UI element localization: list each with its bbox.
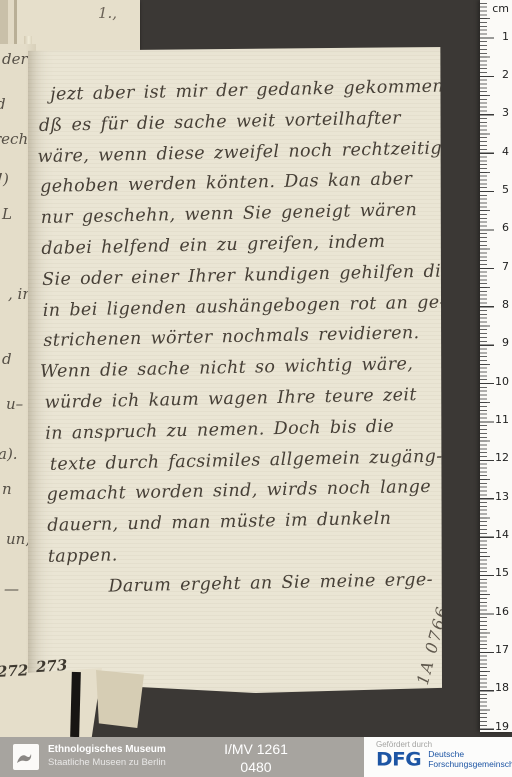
handwriting-line: Darum ergeht an Sie meine erge- [108, 569, 442, 607]
ruler-number: 15 [480, 541, 512, 579]
handwriting-fragment: n [2, 480, 12, 498]
scan-photo: 1., derdrechtn!)L, indu–a).nun,— jezt ab… [0, 0, 512, 777]
handwriting-fragment: u– [6, 395, 23, 413]
ruler-number: 19 [480, 694, 512, 732]
ruler-number: 10 [480, 349, 512, 387]
ruler-number: 7 [480, 234, 512, 272]
ruler-number: 9 [480, 311, 512, 349]
handwriting-fragment: a). [0, 445, 18, 463]
ruler-number: 14 [480, 503, 512, 541]
manuscript-page: jezt aber ist mir der gedanke gekommen,d… [28, 47, 442, 693]
handwriting-fragment: !) [0, 170, 9, 188]
ruler-scale: 12345678910111213141516171819 [480, 5, 512, 733]
ruler-number: 4 [480, 119, 512, 157]
scan-footer-bar: Ethnologisches Museum Staatliche Museen … [0, 737, 512, 777]
ruler-number: 16 [480, 579, 512, 617]
funder-panel: Gefördert durch DFG Deutsche Forschungsg… [364, 737, 512, 777]
folio-number-272: 272 [0, 661, 29, 681]
ruler-number: 8 [480, 273, 512, 311]
ruler-number: 5 [480, 158, 512, 196]
ruler-number: 12 [480, 426, 512, 464]
ruler-number: 17 [480, 618, 512, 656]
dfg-name-line1: Deutsche [428, 749, 512, 759]
letter-body: jezt aber ist mir der gedanke gekommen,d… [38, 77, 442, 609]
dfg-acronym: DFG [376, 750, 421, 768]
ruler-number: 18 [480, 656, 512, 694]
handwriting-fragment: d [0, 95, 6, 113]
dfg-logo: DFG Deutsche Forschungsgemeinschaft [376, 749, 512, 769]
top-margin-note: 1., [98, 4, 117, 22]
dfg-name-line2: Forschungsgemeinschaft [428, 759, 512, 769]
cm-ruler: cm 12345678910111213141516171819 [480, 0, 512, 732]
ruler-number: 3 [480, 81, 512, 119]
ruler-number: 11 [480, 388, 512, 426]
handwriting-fragment: — [4, 580, 19, 598]
handwriting-fragment: der [2, 50, 28, 68]
ruler-number: 13 [480, 464, 512, 502]
paper-piece [96, 670, 144, 728]
dfg-name: Deutsche Forschungsgemeinschaft [428, 749, 512, 769]
paper-gap-shadow [70, 672, 81, 737]
ruler-number: 2 [480, 43, 512, 81]
handwriting-fragment: un, [6, 530, 30, 548]
ruler-number: 1 [480, 5, 512, 43]
handwriting-fragment: L [2, 205, 12, 223]
handwriting-fragment: d [2, 350, 12, 368]
ruler-number: 6 [480, 196, 512, 234]
